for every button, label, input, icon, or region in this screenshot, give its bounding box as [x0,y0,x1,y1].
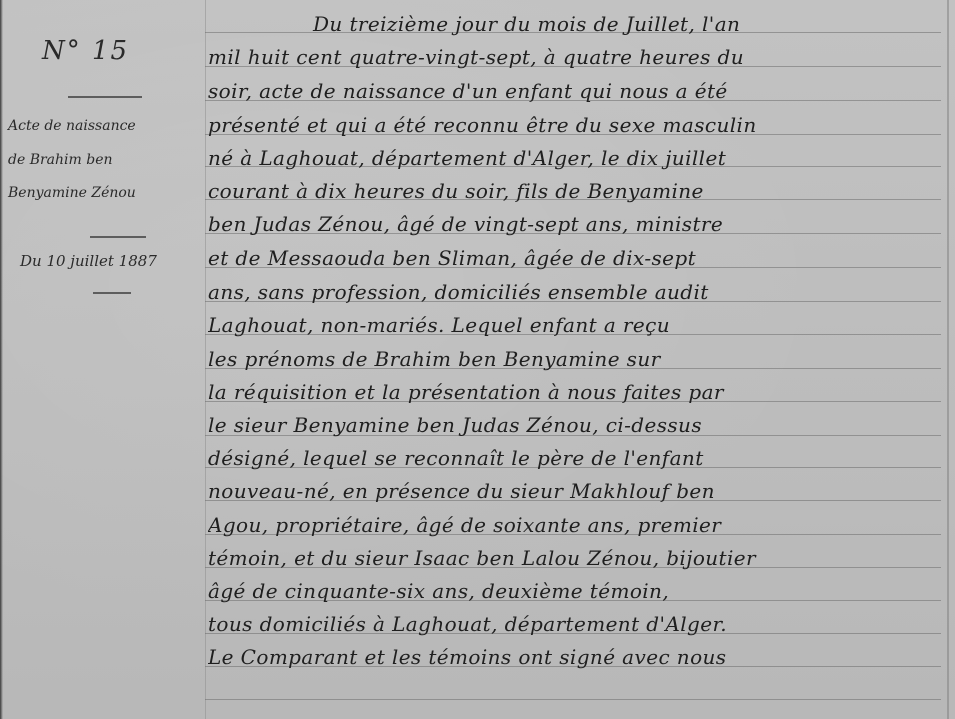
ruled-line [205,699,941,700]
body-text-line: mil huit cent quatre-vingt-sept, à quatr… [208,45,939,69]
margin-summary-line: Benyamine Zénou [8,185,136,201]
body-text-line: soir, acte de naissance d'un enfant qui … [208,79,939,103]
margin-summary-line: de Brahim ben [8,152,113,168]
body-text-line: Agou, propriétaire, âgé de soixante ans,… [208,513,939,537]
body-text-line: présenté et qui a été reconnu être du se… [208,113,939,137]
body-text-line: les prénoms de Brahim ben Benyamine sur [208,347,939,371]
margin-column-rule [205,0,206,719]
body-text-line: né à Laghouat, département d'Alger, le d… [208,146,939,170]
body-text-line: Du treizième jour du mois de Juillet, l'… [208,12,939,36]
page-binding-edge [0,0,3,719]
body-text-line: ans, sans profession, domiciliés ensembl… [208,280,939,304]
body-text-line: tous domiciliés à Laghouat, département … [208,612,939,636]
margin-separator [68,96,142,98]
body-text-line: et de Messaouda ben Sliman, âgée de dix-… [208,246,939,270]
body-text-line: âgé de cinquante-six ans, deuxième témoi… [208,579,939,603]
page-right-edge [947,0,949,719]
body-text-line: courant à dix heures du soir, fils de Be… [208,179,939,203]
body-text-line: la réquisition et la présentation à nous… [208,380,939,404]
body-text-line: nouveau-né, en présence du sieur Makhlou… [208,479,939,503]
margin-separator [93,292,131,294]
body-text-line: Le Comparant et les témoins ont signé av… [208,645,939,669]
entry-number: N° 15 [42,36,129,66]
margin-date: Du 10 juillet 1887 [20,252,157,270]
body-text-line: Laghouat, non-mariés. Lequel enfant a re… [208,313,939,337]
body-text-line: ben Judas Zénou, âgé de vingt-sept ans, … [208,212,939,236]
body-text-line: désigné, lequel se reconnaît le père de … [208,446,939,470]
body-text-line: le sieur Benyamine ben Judas Zénou, ci-d… [208,413,939,437]
margin-summary-line: Acte de naissance [8,118,136,134]
body-text-line: témoin, et du sieur Isaac ben Lalou Zéno… [208,546,939,570]
register-page: N° 15 Acte de naissance de Brahim ben Be… [0,0,955,719]
margin-separator [90,236,146,238]
